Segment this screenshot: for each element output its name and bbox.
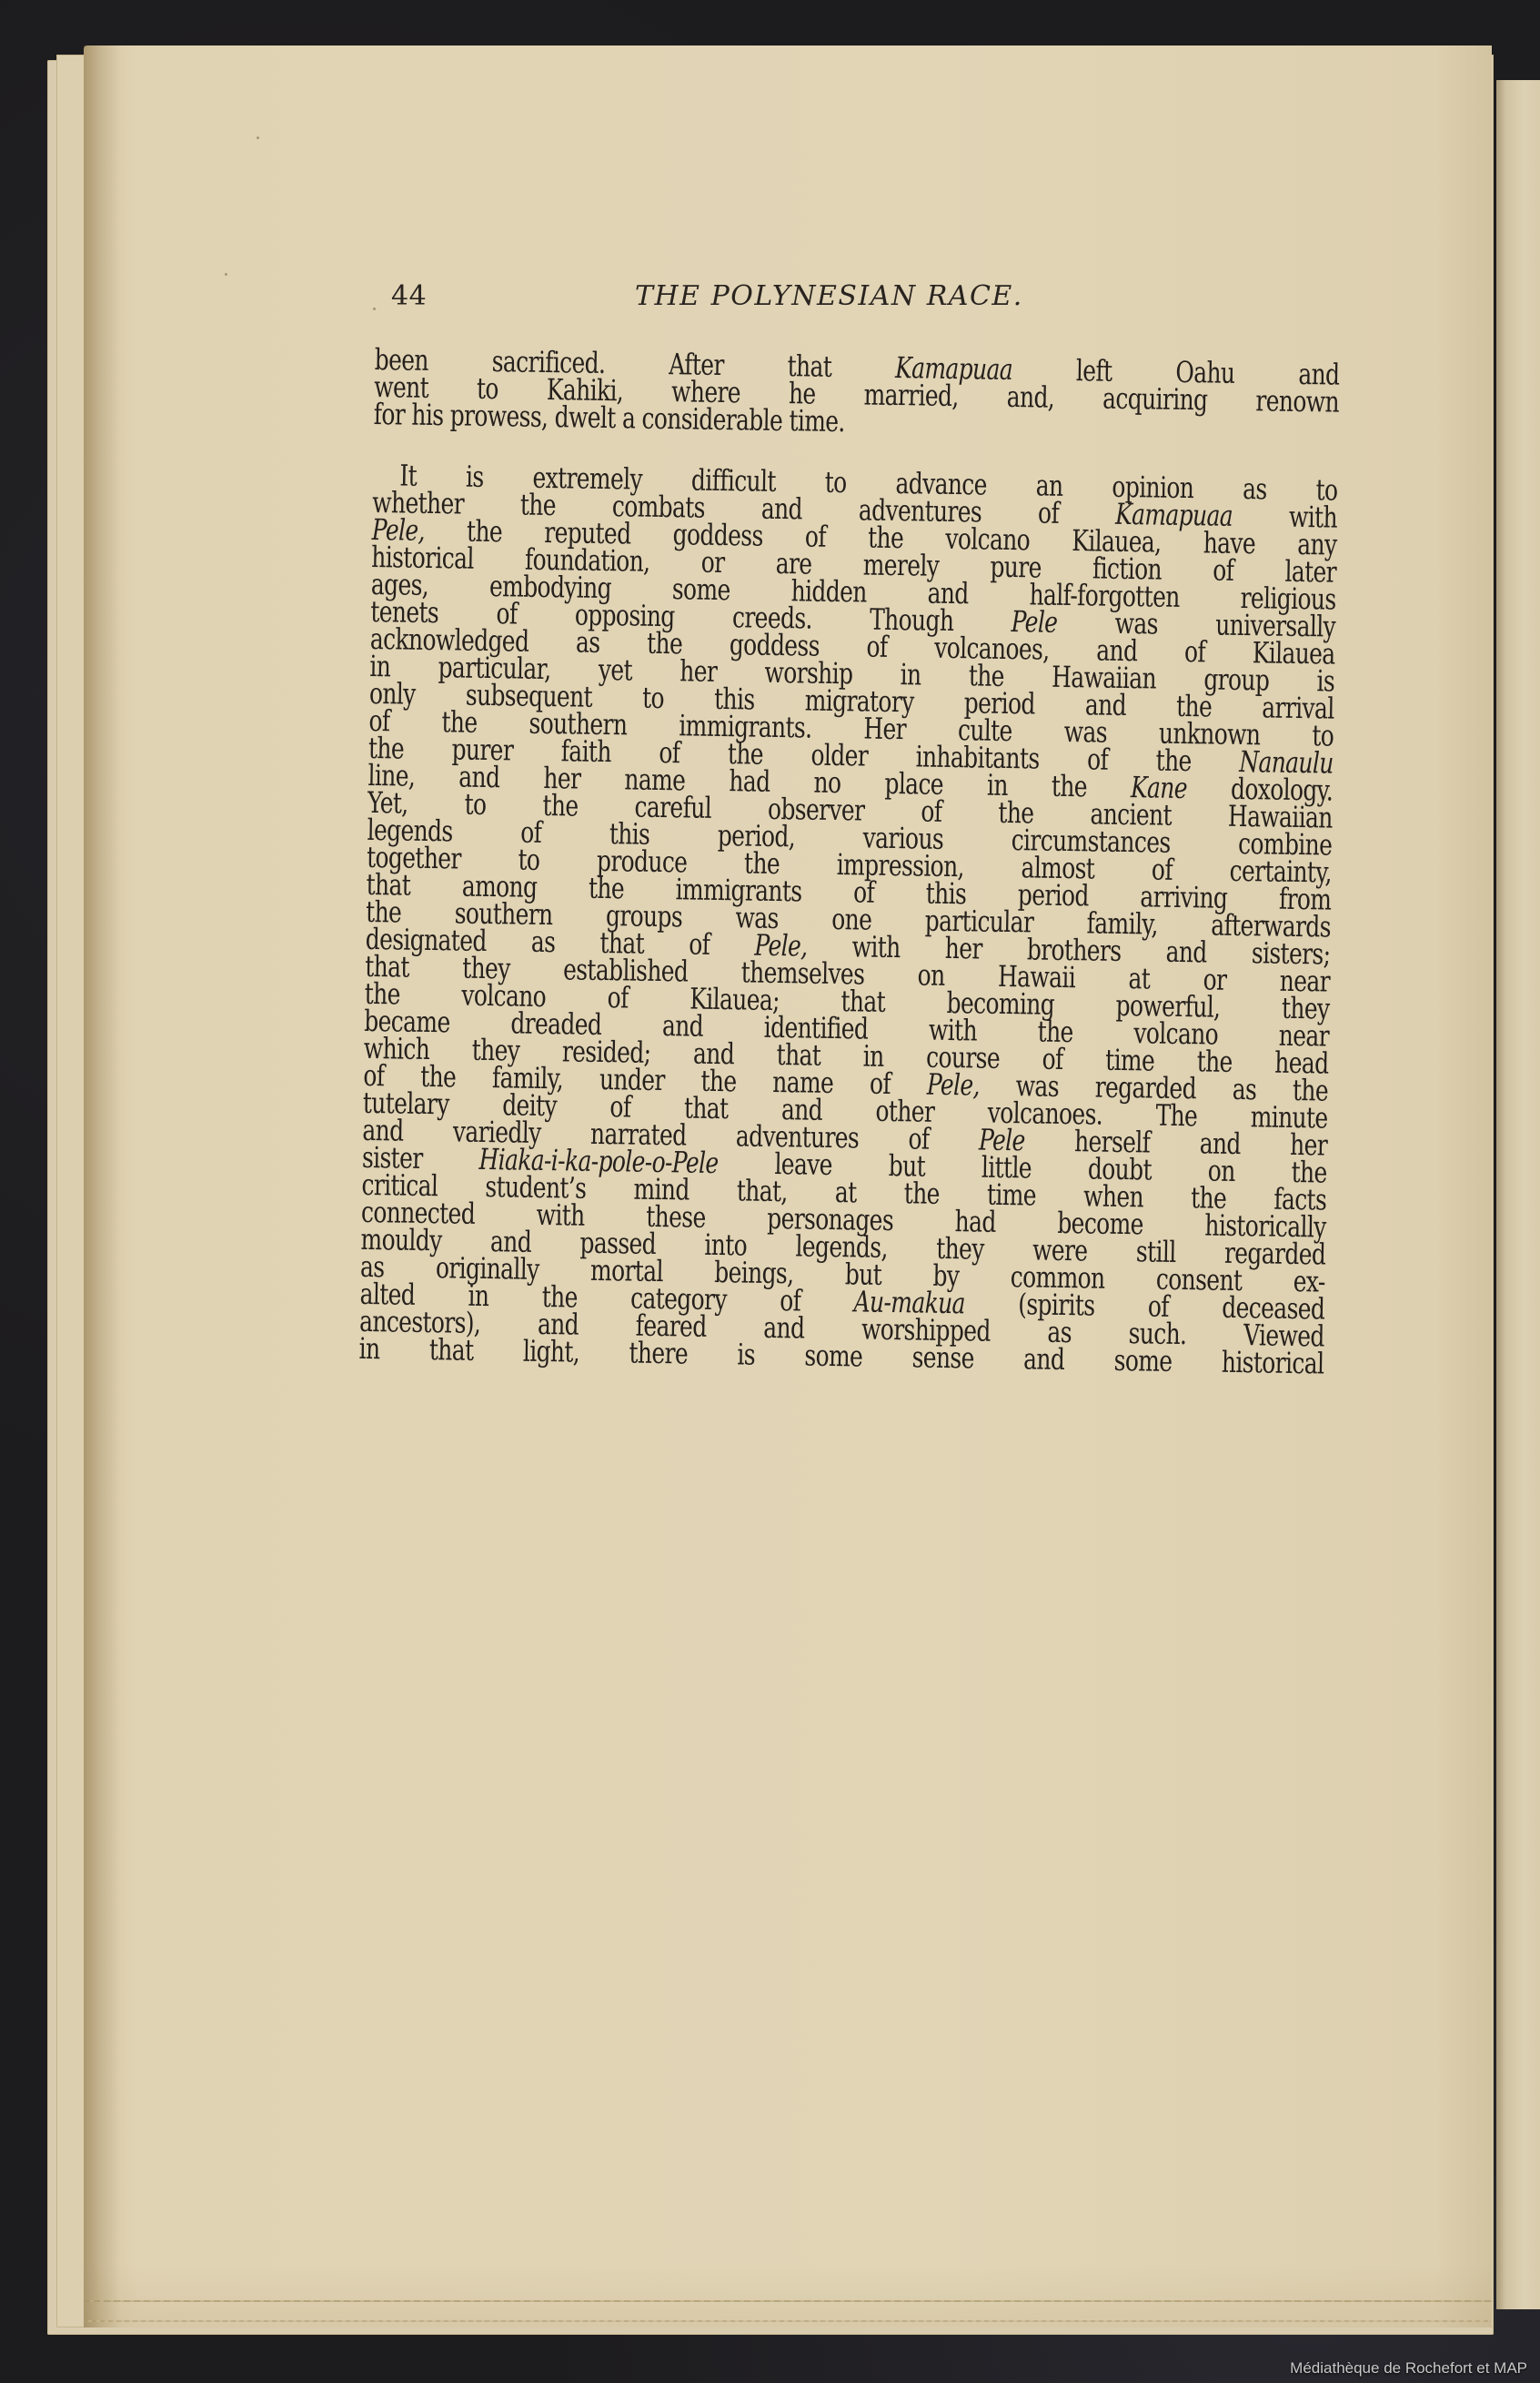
text-run: for his prowess, dwelt a considerable ti… — [374, 397, 846, 439]
library-watermark: Médiathèque de Rochefort et MAP — [1290, 2359, 1527, 2378]
running-title: THE POLYNESIAN RACE. — [635, 280, 1023, 312]
gutter-shadow — [84, 45, 120, 2327]
paper-speck — [225, 273, 227, 276]
paper-speck — [257, 136, 259, 139]
deckle-edge — [84, 2300, 1492, 2302]
page-number: 44 — [391, 280, 427, 312]
running-header: 44 THE POLYNESIAN RACE. — [391, 280, 1110, 326]
adjacent-page-edge — [1496, 80, 1540, 2309]
paper-speck — [373, 308, 376, 310]
body-text: been sacrificed. After that Kamapuaa lef… — [358, 346, 1338, 1378]
deckle-edge-lower — [84, 2320, 1492, 2322]
